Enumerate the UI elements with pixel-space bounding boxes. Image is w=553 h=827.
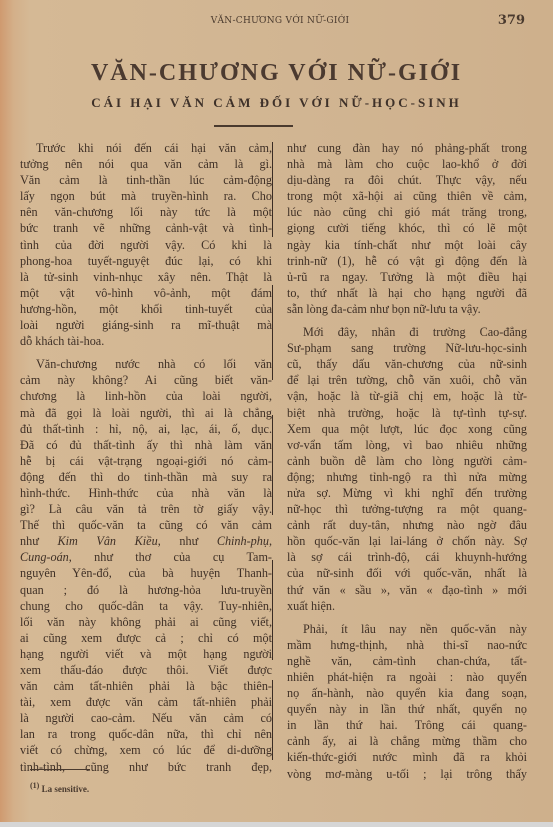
text-line: hạng người viết và một hạng người [20, 646, 272, 662]
running-head: VĂN-CHƯƠNG VỚI NỮ-GIỚI [180, 16, 380, 26]
book-page: VĂN-CHƯƠNG VỚI NỮ-GIỚI 379 VĂN-CHƯƠNG VỚ… [0, 0, 553, 822]
text-line: lấy ngọn bút mà truyền-hình ra. Cho [20, 188, 272, 204]
text-line: nhà mà làm cho cuộc lao-khổ ở đời [287, 156, 527, 172]
text-line: là sợ cái trình-độ, cái khuynh-hướng [287, 549, 527, 565]
text-line: ngày kia tính-chất như một loài cây [287, 237, 527, 253]
text-line: hễ bị cái vật-trạng ngoại-giới nó cảm- [20, 453, 272, 469]
text-line: bức tranh vẽ những cảnh-vật và tình- [20, 220, 272, 236]
text-line: cảnh buồn dễ làm cho lòng người cảm- [287, 453, 527, 469]
text-line: biệt nhà trường, hoặc là tự-tình tự-sự. [287, 405, 527, 421]
text-line: dỗ khách tài-hoa. [20, 333, 272, 349]
text-line: đủ thất-tình : hỉ, nộ, ai, lạc, ái, ố, d… [20, 421, 272, 437]
text-line: ủ-rũ ra ngay. Tưởng là một điều hại [287, 269, 527, 285]
text-line: to, thứ nhất là hại cho hạng người đã [287, 285, 527, 301]
footnote: (1) La sensitive. [30, 781, 89, 794]
column-divider [272, 560, 273, 660]
text-line: nhiên phát-hiện ra ngoài : nào quyển [287, 669, 527, 685]
article-subtitle: CÁI HẠI VĂN CẢM ĐỐI VỚI NỮ-HỌC-SINH [0, 95, 553, 111]
text-line: quyển này in lần thứ nhất, quyển nọ [287, 701, 527, 717]
paragraph: Trước khi nói đến cái hại văn cảm, tưởng… [20, 140, 272, 349]
text-line: như cung đàn hay nó phảng-phất trong [287, 140, 527, 156]
text-line: động; nhưng tỉnh-ngộ ra thì nửa mừng [287, 469, 527, 485]
text-line: thứ văn « sầu », văn « đạo-tình » mới [287, 582, 527, 598]
text-line: văn cảm tất-nhiên phải là bậc thiên- [20, 678, 272, 694]
text-line: cũ, thấy dấu văn-chương của nữ-sinh [287, 356, 527, 372]
text-line: loài người giáng-sinh ra mĩ-thuật mà [20, 317, 272, 333]
text-line: gì? Là câu văn tả trên tờ giấy vậy. [20, 501, 272, 517]
text-line: Cung-oán, như thơ của cụ Tam- [20, 549, 272, 565]
text-line: nữ-học thì tưởng-tượng ra một quang- [287, 501, 527, 517]
book-title: Kim Vân Kiều [57, 534, 157, 548]
text-line: xuất hiện. [287, 598, 527, 614]
text-line: in lần thứ hai. Trông cái quang- [287, 717, 527, 733]
text-line: là người cao-cảm. Nếu văn cảm có [20, 710, 272, 726]
text-line: vơ-vẩn tấm lòng, vì bao nhiêu những [287, 437, 527, 453]
text-line: hương-hồn, một khối tinh-tuyết của [20, 301, 272, 317]
text-line: mầm hưng-thịnh, nhà thi-sĩ nao-nức [287, 637, 527, 653]
text-line: kiến-thức-giới nước mình đã ra khỏi [287, 749, 527, 765]
text-line: của nữ-sinh đối với quốc-văn, nhất là [287, 565, 527, 581]
column-divider [272, 142, 273, 237]
paragraph: Mới đây, nhân đi trường Cao-đẳng Sư-phạm… [287, 324, 527, 614]
article-title: VĂN-CHƯƠNG VỚI NỮ-GIỚI [0, 60, 553, 87]
text-line: vòng mơ-màng u-tối ; lại trông thấy [287, 766, 527, 782]
text-line: hồn quốc-văn lại lai-láng ở chốn này. Sợ [287, 533, 527, 549]
column-divider [272, 680, 273, 760]
page-number: 379 [498, 13, 525, 28]
paragraph: Phải, ít lâu nay nền quốc-văn này mầm hư… [287, 621, 527, 782]
text-line: lúc nào cũng chỉ gió mát trăng trong, [287, 204, 527, 220]
text-line: chung cho quốc-dân ta vậy. Tuy-nhiên, [20, 598, 272, 614]
text-line: cảnh rất duy-tân, nhưng nào ngờ đâu [287, 517, 527, 533]
text-line: cảm này không? Ai cũng biết văn- [20, 372, 272, 388]
text-line: sẵn lòng đa-cảm như bọn nữ-lưu ta vậy. [287, 301, 527, 317]
book-title: Chinh-phụ [217, 534, 269, 548]
text-line: tình của đời người vậy. Có khi là [20, 237, 272, 253]
text-line: Sư-phạm sang trường Nữ-lưu-học-sinh [287, 340, 527, 356]
left-column: Trước khi nói đến cái hại văn cảm, tưởng… [20, 140, 272, 775]
text-line: một vật vô-hình vô-ảnh, một đám [20, 285, 272, 301]
text-line: để lại trên tường, chỗ văn xuôi, chỗ văn [287, 372, 527, 388]
text-line: mà đã gọi là loài người, thì ai là chẳng [20, 405, 272, 421]
paragraph: như cung đàn hay nó phảng-phất trong nhà… [287, 140, 527, 317]
text-line: chương là linh-hồn của loài người, [20, 388, 272, 404]
text-line: tài, xem được văn cảm tất-nhiên phải [20, 694, 272, 710]
text-line: Phải, ít lâu nay nền quốc-văn này [287, 621, 527, 637]
column-divider [272, 415, 273, 515]
text-line: tình-tình, cũng như bức tranh đẹp, [20, 759, 272, 775]
text-line: trong một xã-hội ai cũng thiên về cảm, [287, 188, 527, 204]
text-line: Văn cảm là tinh-thần lúc cảm-động [20, 172, 272, 188]
text-line: nên văn-chương lối này tức là một [20, 204, 272, 220]
paragraph: Văn-chương nước nhà có lối văn cảm này k… [20, 356, 272, 774]
text-line: nguyên Yên-đổ, của bà huyện Thanh- [20, 565, 272, 581]
text-line: Thế thì quốc-văn ta cũng có văn cảm [20, 517, 272, 533]
text-line: như Kim Vân Kiều, như Chinh-phụ, [20, 533, 272, 549]
text-line: tưởng nên nói qua văn cảm là gì. [20, 156, 272, 172]
title-divider [214, 125, 293, 127]
text-line: Đã có đủ thất-tình ấy thì nhà làm văn [20, 437, 272, 453]
text-line: dịu-dàng ra đôi chút. Thực vậy, nếu [287, 172, 527, 188]
footnote-divider [30, 769, 90, 770]
text-line: nửa sợ. Mừng vì khi nghĩ đến trường [287, 485, 527, 501]
right-column: như cung đàn hay nó phảng-phất trong nhà… [287, 140, 527, 782]
text-line: là tử-sinh vinh-nhục xây nên. Thật là [20, 269, 272, 285]
text-line: Xem qua một lượt, lúc đọc xong cũng [287, 421, 527, 437]
text-line: hình-thức. Hình-thức của nhà văn là [20, 485, 272, 501]
column-divider [272, 285, 273, 380]
book-title: Cung-oán [20, 550, 69, 564]
text-line: trinh-nữ (1), hễ có vật gì động đến là [287, 253, 527, 269]
text-line: xem thấu-đáo được thôi. Viết được [20, 662, 272, 678]
screen-bottom-edge [0, 822, 553, 827]
footnote-text: La sensitive. [42, 784, 90, 794]
text-line: lan ra trong quốc-dân nữa, thì chỉ nên [20, 726, 272, 742]
text-line: nọ ấn-hành, nào quyển kia đang soạn, [287, 685, 527, 701]
text-line: viết có chừng, xem có lúc để di-dưỡng [20, 742, 272, 758]
text-line: Mới đây, nhân đi trường Cao-đẳng [287, 324, 527, 340]
text-line: cảnh ấy, ai là chẳng mừng thầm cho [287, 733, 527, 749]
text-line: nghề văn, cảm-tình chan-chứa, tất- [287, 653, 527, 669]
footnote-marker: (1) [30, 781, 39, 790]
text-line: vận, hoặc là từ-giã chị em, hoặc là từ- [287, 388, 527, 404]
text-line: Trước khi nói đến cái hại văn cảm, [20, 140, 272, 156]
text-line: ai cũng xem được cả ; chỉ có một [20, 630, 272, 646]
text-line: Văn-chương nước nhà có lối văn [20, 356, 272, 372]
text-line: quan ; đó là hương-hỏa lưu-truyền [20, 582, 272, 598]
text-line: giọng cười tiếng khóc, thì có lẽ một [287, 220, 527, 236]
text-line: lối văn này không phải ai cũng viết, [20, 614, 272, 630]
text-line: động đến thì do tinh-thần mà suy ra [20, 469, 272, 485]
text-line: phong-hoa tuyết-nguyệt đúc lại, có khi [20, 253, 272, 269]
